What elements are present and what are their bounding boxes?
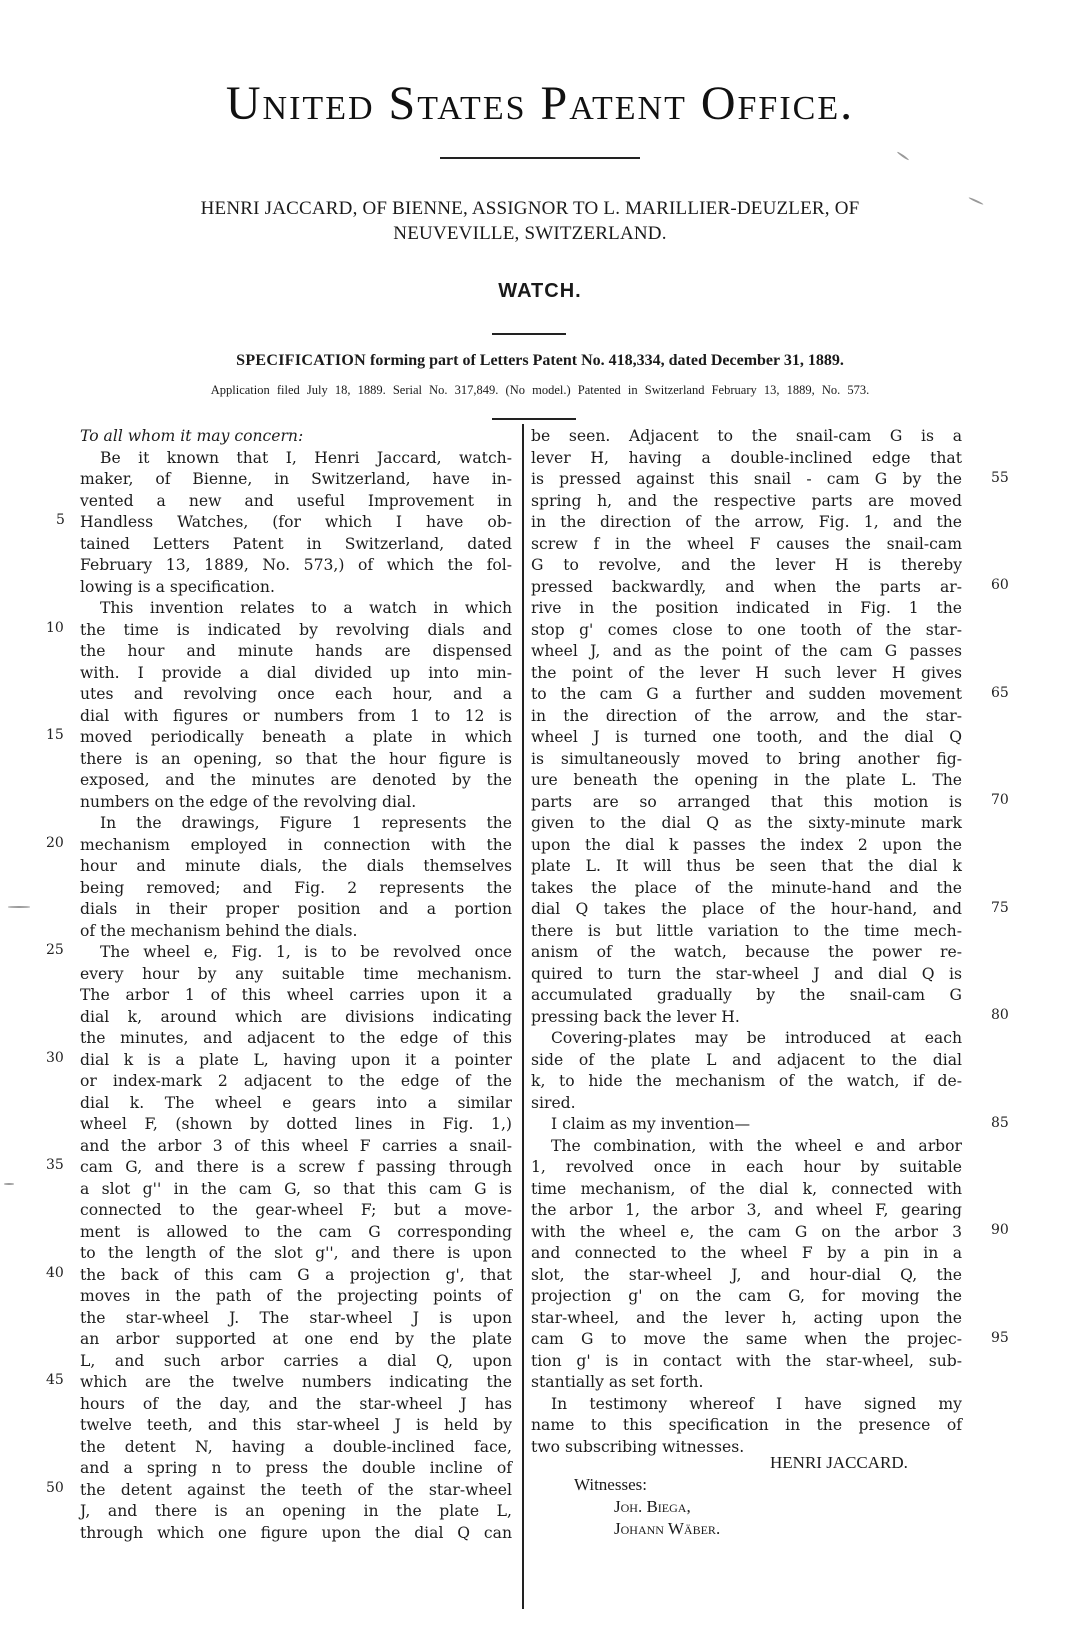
text-line: the detent N, having a double-inclined f… (80, 1437, 512, 1459)
text-line: the detent against the teeth of the star… (80, 1480, 512, 1502)
text-line: L, and such arbor carries a dial Q, upon (80, 1351, 512, 1373)
inventor-signature: HENRI JACCARD. (770, 1453, 908, 1473)
text-line: This invention relates to a watch in whi… (80, 598, 512, 620)
text-line: through which one figure upon the dial Q… (80, 1523, 512, 1545)
text-line: pressed backwardly, and when the parts a… (531, 577, 962, 599)
witnesses-label: Witnesses: (574, 1475, 647, 1495)
line-number: 50 (46, 1480, 64, 1496)
text-line: moved periodically beneath a plate in wh… (80, 727, 512, 749)
line-number: 90 (991, 1222, 1009, 1238)
right-column: be seen. Adjacent to the snail-cam G is … (531, 426, 962, 1458)
claim-text-line: time mechanism, of the dial k, connected… (531, 1179, 962, 1201)
text-line: of the mechanism behind the dials. (80, 921, 512, 943)
text-line: G to revolve, and the lever H is thereby (531, 555, 962, 577)
text-line: accumulated gradually by the snail-cam G (531, 985, 962, 1007)
text-line: the minutes, and adjacent to the edge of… (80, 1028, 512, 1050)
text-line: J, and there is an opening in the plate … (80, 1501, 512, 1523)
text-line: Handless Watches, (for which I have ob- (80, 512, 512, 534)
text-line: is pressed against this snail - cam G by… (531, 469, 962, 491)
text-line: dials in their proper position and a por… (80, 899, 512, 921)
text-line: spring h, and the respective parts are m… (531, 491, 962, 513)
text-line: sired. (531, 1093, 962, 1115)
line-number: 85 (991, 1115, 1009, 1131)
text-line: side of the plate L and adjacent to the … (531, 1050, 962, 1072)
text-line: in the direction of the arrow, Fig. 1, a… (531, 512, 962, 534)
inventor-block: HENRI JACCARD, OF BIENNE, ASSIGNOR TO L.… (80, 196, 980, 246)
scan-speck (8, 906, 30, 908)
text-line: Covering-plates may be introduced at eac… (531, 1028, 962, 1050)
claim-text-line: stantially as set forth. (531, 1372, 962, 1394)
line-number: 45 (46, 1372, 64, 1388)
text-line: every hour by any suitable time mechanis… (80, 964, 512, 986)
text-line: Be it known that I, Henri Jaccard, watch… (80, 448, 512, 470)
text-line: the point of the lever H such lever H gi… (531, 663, 962, 685)
text-line: be seen. Adjacent to the snail-cam G is … (531, 426, 962, 448)
inventor-line-1: HENRI JACCARD, OF BIENNE, ASSIGNOR TO L.… (80, 196, 980, 221)
office-title: United States Patent Office. (0, 76, 1080, 131)
line-number: 55 (991, 470, 1009, 486)
text-line: twelve teeth, and this star-wheel J is h… (80, 1415, 512, 1437)
text-line: plate L. It will thus be seen that the d… (531, 856, 962, 878)
text-line: hour and minute dials, the dials themsel… (80, 856, 512, 878)
text-line: and a spring n to press the double incli… (80, 1458, 512, 1480)
text-line: upon the dial k passes the index 2 upon … (531, 835, 962, 857)
claim-text-line: projection g' on the cam G, for moving t… (531, 1286, 962, 1308)
application-rule (492, 418, 576, 420)
patent-subject: WATCH. (0, 280, 1080, 303)
specification-label: SPECIFICATION (236, 352, 366, 369)
text-line: ment is allowed to the cam G correspondi… (80, 1222, 512, 1244)
claim-text-line: 1, revolved once in each hour by suitabl… (531, 1157, 962, 1179)
line-number: 70 (991, 792, 1009, 808)
line-number: 15 (46, 727, 64, 743)
text-line: vented a new and useful Improvement in (80, 491, 512, 513)
text-line: hours of the day, and the star-wheel J h… (80, 1394, 512, 1416)
text-line: cam G, and there is a screw f passing th… (80, 1157, 512, 1179)
text-line: an arbor supported at one end by the pla… (80, 1329, 512, 1351)
text-line: wheel J, and as the point of the cam G p… (531, 641, 962, 663)
text-line: parts are so arranged that this motion i… (531, 792, 962, 814)
line-number: 25 (46, 942, 64, 958)
text-line: maker, of Bienne, in Switzerland, have i… (80, 469, 512, 491)
claim-text-line: the arbor 1, the arbor 3, and wheel F, g… (531, 1200, 962, 1222)
text-line: pressing back the lever H. (531, 1007, 962, 1029)
text-line: ure beneath the opening in the plate L. … (531, 770, 962, 792)
witness-1: Joh. Biega, (614, 1497, 691, 1517)
line-number: 40 (46, 1265, 64, 1281)
subject-rule (492, 333, 566, 335)
text-line: lowing is a specification. (80, 577, 512, 599)
witness-2: Johann Wäber. (614, 1519, 720, 1539)
text-line: In the drawings, Figure 1 represents the (80, 813, 512, 835)
text-line: dial k is a plate L, having upon it a po… (80, 1050, 512, 1072)
specification-line: SPECIFICATION forming part of Letters Pa… (0, 352, 1080, 370)
text-line: the time is indicated by revolving dials… (80, 620, 512, 642)
text-line: quired to turn the star-wheel J and dial… (531, 964, 962, 986)
text-line: wheel J is turned one tooth, and the dia… (531, 727, 962, 749)
text-line: The arbor 1 of this wheel carries upon i… (80, 985, 512, 1007)
text-line: takes the place of the minute-hand and t… (531, 878, 962, 900)
text-line: name to this specification in the presen… (531, 1415, 962, 1437)
text-line: In testimony whereof I have signed my (531, 1394, 962, 1416)
line-number: 5 (56, 512, 65, 528)
inventor-line-2: NEUVEVILLE, SWITZERLAND. (80, 221, 980, 246)
text-line: to the length of the slot g'', and there… (80, 1243, 512, 1265)
text-line: dial k. The wheel e gears into a similar (80, 1093, 512, 1115)
line-number: 20 (46, 835, 64, 851)
title-rule (440, 157, 640, 159)
text-line: The wheel e, Fig. 1, is to be revolved o… (80, 942, 512, 964)
text-line: dial k, around which are divisions indic… (80, 1007, 512, 1029)
line-number: 80 (991, 1007, 1009, 1023)
claim-text-line: star-wheel, and the lever h, acting upon… (531, 1308, 962, 1330)
text-line: the hour and minute hands are dispensed (80, 641, 512, 663)
text-line: stop g' comes close to one tooth of the … (531, 620, 962, 642)
text-line: screw f in the wheel F causes the snail-… (531, 534, 962, 556)
text-line: there is an opening, so that the hour fi… (80, 749, 512, 771)
text-line: mechanism employed in connection with th… (80, 835, 512, 857)
text-line: to the cam G a further and sudden moveme… (531, 684, 962, 706)
line-number: 35 (46, 1157, 64, 1173)
scan-speck (897, 151, 910, 161)
text-line: k, to hide the mechanism of the watch, i… (531, 1071, 962, 1093)
specification-details: forming part of Letters Patent No. 418,3… (366, 352, 844, 369)
text-line: dial Q takes the place of the hour-hand,… (531, 899, 962, 921)
claim-text-line: and connected to the wheel F by a pin in… (531, 1243, 962, 1265)
text-line: with. I provide a dial divided up into m… (80, 663, 512, 685)
claim-heading: I claim as my invention— (531, 1114, 962, 1136)
text-line: connected to the gear-wheel F; but a mov… (80, 1200, 512, 1222)
claim-text-line: slot, the star-wheel J, and hour-dial Q,… (531, 1265, 962, 1287)
line-number: 95 (991, 1330, 1009, 1346)
text-line: the back of this cam G a projection g', … (80, 1265, 512, 1287)
claim-text-line: with the wheel e, the cam G on the arbor… (531, 1222, 962, 1244)
text-line: tained Letters Patent in Switzerland, da… (80, 534, 512, 556)
text-line: the star-wheel J. The star-wheel J is up… (80, 1308, 512, 1330)
text-line: utes and revolving once each hour, and a (80, 684, 512, 706)
scan-speck (4, 1183, 14, 1185)
line-number: 30 (46, 1050, 64, 1066)
text-line: lever H, having a double-inclined edge t… (531, 448, 962, 470)
line-number: 60 (991, 577, 1009, 593)
text-line: in the direction of the arrow, and the s… (531, 706, 962, 728)
text-line: a slot g'' in the cam G, so that this ca… (80, 1179, 512, 1201)
text-line: exposed, and the minutes are denoted by … (80, 770, 512, 792)
line-number: 65 (991, 685, 1009, 701)
text-line: rive in the position indicated in Fig. 1… (531, 598, 962, 620)
text-line: or index-mark 2 adjacent to the edge of … (80, 1071, 512, 1093)
text-line: wheel F, (shown by dotted lines in Fig. … (80, 1114, 512, 1136)
text-line: moves in the path of the projecting poin… (80, 1286, 512, 1308)
left-column: To all whom it may concern: Be it known … (80, 426, 512, 1544)
column-divider (522, 424, 524, 1609)
text-line: anism of the watch, because the power re… (531, 942, 962, 964)
line-number: 75 (991, 900, 1009, 916)
line-number: 10 (46, 620, 64, 636)
text-line: and the arbor 3 of this wheel F carries … (80, 1136, 512, 1158)
text-line: is simultaneously moved to bring another… (531, 749, 962, 771)
application-line: Application filed July 18, 1889. Serial … (0, 383, 1080, 398)
text-line: dial with figures or numbers from 1 to 1… (80, 706, 512, 728)
text-line: which are the twelve numbers indicating … (80, 1372, 512, 1394)
text-line: given to the dial Q as the sixty-minute … (531, 813, 962, 835)
text-line: being removed; and Fig. 2 represents the (80, 878, 512, 900)
text-line: there is but little variation to the tim… (531, 921, 962, 943)
claim-text-line: The combination, with the wheel e and ar… (531, 1136, 962, 1158)
text-line: numbers on the edge of the revolving dia… (80, 792, 512, 814)
claim-text-line: tion g' is in contact with the star-whee… (531, 1351, 962, 1373)
text-line: February 13, 1889, No. 573,) of which th… (80, 555, 512, 577)
salutation: To all whom it may concern: (80, 426, 512, 448)
claim-text-line: cam G to move the same when the projec- (531, 1329, 962, 1351)
